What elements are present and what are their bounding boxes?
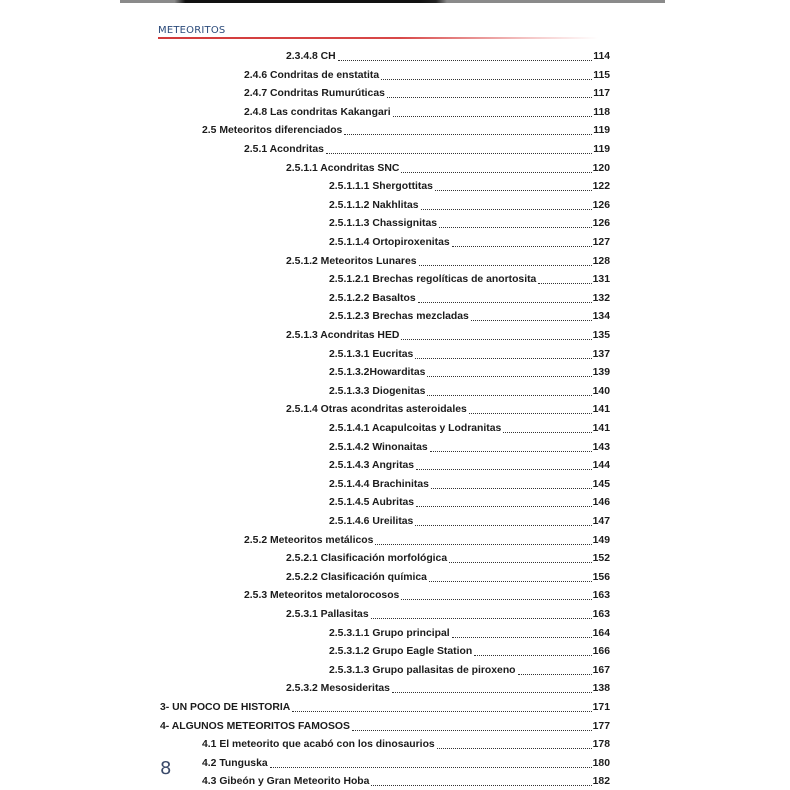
toc-entry[interactable]: 2.5.1.2.1 Brechas regolíticas de anortos… — [329, 269, 610, 287]
toc-entry-page: 145 — [593, 478, 610, 492]
toc-entry-page: 141 — [593, 422, 610, 436]
dot-leader — [292, 710, 591, 712]
toc-entry-title: 2.5.1.1.3 Chassignitas — [329, 217, 438, 231]
toc-entry-page: 134 — [593, 310, 610, 324]
dot-leader — [427, 394, 591, 396]
toc-entry[interactable]: 2.5.3.1.3 Grupo pallasitas de piroxeno16… — [329, 660, 610, 678]
page-number: 8 — [160, 759, 171, 779]
toc-entry-title: 2.4.8 Las condritas Kakangari — [244, 106, 392, 120]
dot-leader — [430, 450, 592, 452]
toc-entry[interactable]: 2.5.1.3 Acondritas HED135 — [286, 325, 610, 343]
toc-entry[interactable]: 4.2 Tunguska180 — [202, 753, 610, 771]
dot-leader — [401, 338, 591, 340]
toc-entry[interactable]: 2.5.2.2 Clasificación química156 — [286, 567, 610, 585]
toc-entry-title: 4- ALGUNOS METEORITOS FAMOSOS — [160, 720, 351, 734]
toc-entry-title: 2.5.1.1.4 Ortopiroxenitas — [329, 236, 451, 250]
toc-entry[interactable]: 2.5.1.1.3 Chassignitas126 — [329, 213, 610, 231]
dot-leader — [401, 171, 591, 173]
dot-leader — [338, 59, 593, 61]
toc-entry[interactable]: 2.5.1.1 Acondritas SNC120 — [286, 158, 610, 176]
dot-leader — [427, 375, 591, 377]
dot-leader — [471, 319, 592, 321]
dot-leader — [435, 189, 592, 191]
toc-entry-title: 2.4.7 Condritas Rumurúticas — [244, 87, 386, 101]
dot-leader — [326, 152, 592, 154]
toc-entry[interactable]: 2.5.2 Meteoritos metálicos149 — [244, 530, 610, 548]
toc-entry-page: 182 — [593, 775, 610, 789]
toc-entry-title: 4.3 Gibeón y Gran Meteorito Hoba — [202, 775, 370, 789]
toc-entry-title: 2.5.2 Meteoritos metálicos — [244, 534, 374, 548]
toc-entry-title: 2.5.1.4 Otras acondritas asteroidales — [286, 403, 468, 417]
dot-leader — [392, 691, 592, 693]
dot-leader — [538, 282, 591, 284]
dot-leader — [421, 208, 592, 210]
toc-entry-page: 180 — [593, 757, 610, 771]
toc-entry-title: 2.5.1.2.1 Brechas regolíticas de anortos… — [329, 273, 537, 287]
toc-entry-page: 135 — [593, 329, 610, 343]
toc-entry-page: 140 — [593, 385, 610, 399]
dot-leader — [437, 747, 592, 749]
toc-entry-title: 2.5.1.4.6 Ureilitas — [329, 515, 414, 529]
toc-entry-title: 2.5.1.2.3 Brechas mezcladas — [329, 310, 470, 324]
dot-leader — [415, 357, 591, 359]
toc-entry-page: 132 — [593, 292, 610, 306]
toc-entry-page: 163 — [593, 589, 610, 603]
dot-leader — [416, 468, 592, 470]
toc-entry-page: 166 — [593, 645, 610, 659]
toc-entry[interactable]: 2.5.1.4.2 Winonaitas143 — [329, 437, 610, 455]
toc-entry-title: 2.5.2.2 Clasificación química — [286, 571, 428, 585]
toc-entry-page: 149 — [593, 534, 610, 548]
dot-leader — [371, 784, 591, 786]
toc-entry-title: 2.5.3.1.3 Grupo pallasitas de piroxeno — [329, 664, 517, 678]
toc-entry[interactable]: 2.5.1.4.4 Brachinitas145 — [329, 474, 610, 492]
toc-entry-title: 2.5.3.1.1 Grupo principal — [329, 627, 451, 641]
toc-entry-page: 143 — [593, 441, 610, 455]
toc-entry-title: 2.5.1.1.2 Nakhlitas — [329, 199, 420, 213]
dot-leader — [344, 133, 592, 135]
toc-entry[interactable]: 2.5.1.4.5 Aubritas146 — [329, 492, 610, 510]
toc-entry-title: 2.5.1.2.2 Basaltos — [329, 292, 417, 306]
toc-entry-page: 115 — [593, 69, 610, 83]
toc-entry[interactable]: 2.5.1.3.3 Diogenitas140 — [329, 381, 610, 399]
toc-entry-page: 167 — [593, 664, 610, 678]
toc-entry-title: 2.5.1.4.2 Winonaitas — [329, 441, 429, 455]
toc-entry-page: 178 — [593, 738, 610, 752]
toc-entry[interactable]: 2.5.1.2 Meteoritos Lunares128 — [286, 251, 610, 269]
toc-entry-page: 128 — [593, 255, 610, 269]
toc-entry-page: 127 — [593, 236, 610, 250]
toc-entry[interactable]: 3- UN POCO DE HISTORIA171 — [160, 697, 610, 715]
toc-entry-page: 117 — [593, 87, 610, 101]
dot-leader — [381, 78, 592, 80]
toc-entry-page: 164 — [593, 627, 610, 641]
toc-entry-title: 2.5.1.1 Acondritas SNC — [286, 162, 400, 176]
toc-entry-page: 139 — [593, 366, 610, 380]
toc-entry-page: 131 — [593, 273, 610, 287]
toc-entry-page: 144 — [593, 459, 610, 473]
toc-entry-title: 2.5 Meteoritos diferenciados — [202, 124, 343, 138]
toc-entry-title: 2.5.1.4.4 Brachinitas — [329, 478, 430, 492]
toc-entry-page: 147 — [593, 515, 610, 529]
toc-entry-title: 2.5.1.3 Acondritas HED — [286, 329, 400, 343]
toc-entry-title: 2.5.1 Acondritas — [244, 143, 325, 157]
toc-entry[interactable]: 4.3 Gibeón y Gran Meteorito Hoba 182 — [202, 771, 610, 789]
toc-entry[interactable]: 2.4.6 Condritas de enstatita115 — [244, 65, 610, 83]
dot-leader — [387, 96, 592, 98]
toc-entry[interactable]: 2.5.1.2.3 Brechas mezcladas134 — [329, 306, 610, 324]
dot-leader — [416, 505, 592, 507]
toc-entry-title: 2.5.1.3.3 Diogenitas — [329, 385, 426, 399]
toc-entry-title: 2.5.1.2 Meteoritos Lunares — [286, 255, 418, 269]
toc-entry-page: 126 — [593, 217, 610, 231]
toc-entry[interactable]: 2.5.1.4 Otras acondritas asteroidales141 — [286, 399, 610, 417]
toc-entry[interactable]: 2.5.1.1.2 Nakhlitas126 — [329, 195, 610, 213]
toc-entry-page: 146 — [593, 496, 610, 510]
toc-entry[interactable]: 2.5.1.1.1 Shergottitas122 — [329, 176, 610, 194]
toc-entry[interactable]: 2.5.1.4.3 Angritas144 — [329, 455, 610, 473]
toc-entry-page: 122 — [593, 180, 610, 194]
toc-entry-title: 2.5.1.4.3 Angritas — [329, 459, 415, 473]
toc-entry-title: 4.1 El meteorito que acabó con los dinos… — [202, 738, 436, 752]
dot-leader — [503, 431, 591, 433]
toc-entry-title: 2.5.3.1.2 Grupo Eagle Station — [329, 645, 473, 659]
dot-leader — [449, 561, 592, 563]
toc-entry-title: 2.5.1.4.5 Aubritas — [329, 496, 415, 510]
toc-entry[interactable]: 2.4.8 Las condritas Kakangari118 — [244, 102, 610, 120]
dot-leader — [439, 226, 592, 228]
dot-leader — [415, 524, 591, 526]
toc-entry-page: 152 — [593, 552, 610, 566]
toc-entry-page: 119 — [593, 143, 610, 157]
toc-entry-page: 138 — [593, 682, 610, 696]
dot-leader — [270, 766, 592, 768]
toc-entry-title: 3- UN POCO DE HISTORIA — [160, 701, 291, 715]
dot-leader — [418, 301, 592, 303]
dot-leader — [469, 412, 592, 414]
toc-entry-page: 163 — [593, 608, 610, 622]
toc-entry-page: 119 — [593, 124, 610, 138]
toc-entry-page: 177 — [593, 720, 610, 734]
toc-entry-title: 2.5.2.1 Clasificación morfológica — [286, 552, 448, 566]
toc-entry[interactable]: 2.5 Meteoritos diferenciados119 — [202, 120, 610, 138]
toc-entry-page: 120 — [593, 162, 610, 176]
dot-leader — [518, 673, 592, 675]
dot-leader — [352, 729, 592, 731]
toc-entry-title: 2.5.1.3.2Howarditas — [329, 366, 426, 380]
dot-leader — [401, 598, 591, 600]
toc-entry-title: 2.4.6 Condritas de enstatita — [244, 69, 380, 83]
toc-entry-page: 126 — [593, 199, 610, 213]
dot-leader — [375, 543, 591, 545]
toc-entry-page: 141 — [593, 403, 610, 417]
toc-entry[interactable]: 4.1 El meteorito que acabó con los dinos… — [202, 734, 610, 752]
toc-entry-title: 2.5.3.2 Mesosideritas — [286, 682, 391, 696]
toc-entry-page: 171 — [593, 701, 610, 715]
dot-leader — [431, 487, 592, 489]
toc-entry-page: 114 — [593, 50, 610, 64]
toc-entry-page: 156 — [593, 571, 610, 585]
page-top-edge — [120, 0, 665, 3]
dot-leader — [419, 264, 592, 266]
toc-entry-title: 2.5.3.1 Pallasitas — [286, 608, 370, 622]
header-rule — [158, 37, 598, 39]
toc-entry[interactable]: 2.5.1 Acondritas119 — [244, 139, 610, 157]
toc-entry-title: 2.5.1.3.1 Eucritas — [329, 348, 414, 362]
toc-entry[interactable]: 2.5.3.1 Pallasitas163 — [286, 604, 610, 622]
running-header: METEORITOS — [158, 25, 598, 39]
toc-entry[interactable]: 2.5.2.1 Clasificación morfológica152 — [286, 548, 610, 566]
toc-entry[interactable]: 2.5.1.2.2 Basaltos 132 — [329, 288, 610, 306]
toc-entry-title: 2.5.1.1.1 Shergottitas — [329, 180, 434, 194]
toc-entry-title: 2.5.3 Meteoritos metalorocosos — [244, 589, 400, 603]
toc-entry-title: 2.3.4.8 CH — [286, 50, 337, 64]
toc-entry[interactable]: 2.3.4.8 CH114 — [286, 46, 610, 64]
toc-entry-title: 2.5.1.4.1 Acapulcoitas y Lodranitas — [329, 422, 502, 436]
dot-leader — [474, 654, 591, 656]
toc-entry-page: 137 — [593, 348, 610, 362]
dot-leader — [393, 115, 593, 117]
toc-entry[interactable]: 2.5.3 Meteoritos metalorocosos163 — [244, 585, 610, 603]
toc-entry[interactable]: 2.5.1.4.1 Acapulcoitas y Lodranitas 141 — [329, 418, 610, 436]
toc-entry[interactable]: 2.5.3.2 Mesosideritas138 — [286, 678, 610, 696]
toc-entry-title: 4.2 Tunguska — [202, 757, 269, 771]
toc-entry[interactable]: 2.5.1.4.6 Ureilitas147 — [329, 511, 610, 529]
toc-entry[interactable]: 2.5.3.1.1 Grupo principal164 — [329, 623, 610, 641]
dot-leader — [452, 245, 592, 247]
dot-leader — [371, 617, 592, 619]
toc-entry[interactable]: 2.5.1.3.2Howarditas139 — [329, 362, 610, 380]
header-title: METEORITOS — [158, 25, 225, 37]
dot-leader — [452, 636, 592, 638]
toc-entry[interactable]: 2.4.7 Condritas Rumurúticas117 — [244, 83, 610, 101]
dot-leader — [429, 580, 592, 582]
toc-entry[interactable]: 2.5.3.1.2 Grupo Eagle Station166 — [329, 641, 610, 659]
toc-entry[interactable]: 4- ALGUNOS METEORITOS FAMOSOS177 — [160, 716, 610, 734]
toc-entry[interactable]: 2.5.1.3.1 Eucritas137 — [329, 344, 610, 362]
toc-entry-page: 118 — [593, 106, 610, 120]
toc-entry[interactable]: 2.5.1.1.4 Ortopiroxenitas127 — [329, 232, 610, 250]
